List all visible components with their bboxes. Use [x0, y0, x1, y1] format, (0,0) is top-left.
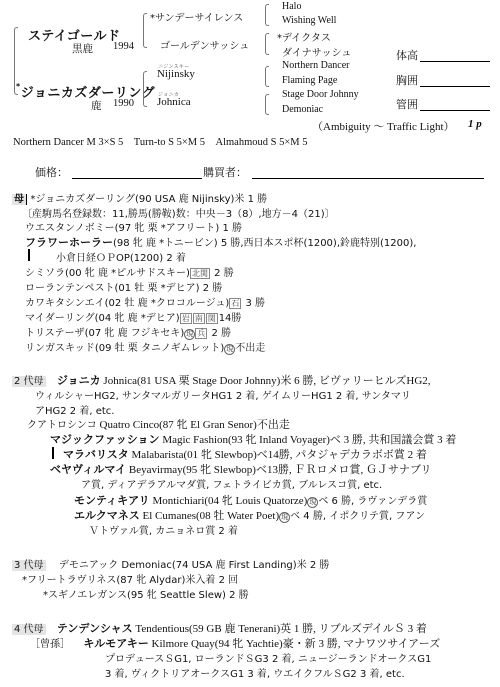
buyer-field[interactable] — [252, 178, 484, 179]
height-label: 体高 — [396, 47, 418, 63]
buyer-label: 購買者： — [203, 164, 247, 180]
great-grandchild-label: ［曾孫］ — [30, 639, 70, 650]
offspring-row: カワキタシンエイ(02 牡 鹿 *クロコルージュ)石 3 勝 — [25, 294, 265, 309]
dam-sire-name: Nijinsky — [157, 68, 195, 80]
offspring-row: フラワーホーラー(98 牝 鹿 *トニービン) 5 勝,西日本スポ杯(1200)… — [25, 234, 416, 250]
gen2-name: ジョニカ — [57, 374, 101, 387]
great-grandchild-line2: プロデュースＳG1, ローランドＳG3 2 着, ニュージーランドオークスG1 — [105, 650, 431, 665]
descendant-row: モンティキアリ Montichiari(04 牝 Louis Quatorze)… — [74, 492, 427, 508]
descendant-row: ベヤヴィルマイ Beyavirmay(95 牝 Slewbop)ベ13勝, ＦＲ… — [50, 461, 432, 477]
dam-produce-record: 〔産駒馬名登録数：11,勝馬(勝鞍)数：中央－3（8）,地方－4（21)〕 — [22, 205, 335, 220]
g3-flaming-page: Flaming Page — [282, 75, 337, 86]
gen2-line1: Johnica(81 USA 栗 Stage Door Johnny)米 6 勝… — [101, 375, 431, 387]
cannon-label: 管囲 — [396, 96, 418, 112]
great-grandchild-row: ［曾孫］ キルモアキー Kilmore Quay(94 牝 Yachtie)豪・… — [30, 635, 440, 651]
g3-halo: Halo — [282, 1, 301, 12]
inbreeding-info: Northern Dancer M 3×S 5 Turn-to S 5×M 5 … — [13, 134, 307, 149]
g3-dyna-sash: ダイナサッシュ — [282, 44, 351, 59]
gen4-name: テンデンシャス — [57, 622, 133, 635]
chest-field[interactable] — [420, 86, 490, 87]
descendant-row: クアトロシンコ Quatro Cinco(87 牝 El Gran Senor)… — [27, 416, 290, 432]
dam-header: 母 *ジョニカズダーリング(90 USA 鹿 Nijinsky)米 1 勝 — [12, 190, 267, 205]
dam-color: 鹿 — [91, 98, 102, 113]
height-field[interactable] — [420, 61, 490, 62]
gen4-header: 4 代母 テンデンシャス Tendentious(59 GB 鹿 Teneran… — [12, 620, 427, 636]
cannon-field[interactable] — [420, 110, 490, 111]
descendant-row: *フリートラヴリネス(87 牝 Alydar)米入着 2 回 — [22, 571, 238, 586]
active-mark: 現 — [224, 344, 235, 355]
price-field[interactable] — [72, 178, 202, 179]
g3-demoniac: Demoniac — [282, 104, 323, 115]
dam-summary: *ジョニカズダーリング(90 USA 鹿 Nijinsky)米 1 勝 — [30, 194, 267, 205]
gen2-line3: アHG2 2 着, etc. — [35, 402, 114, 417]
bracket-g3-1 — [265, 4, 269, 26]
sire-dam-name: ゴールデンサッシュ — [160, 37, 249, 52]
bracket-g3-3 — [265, 66, 269, 87]
sire-sire-name: *サンデーサイレンス — [150, 9, 243, 24]
offspring-row: ローランテンペスト(01 牡 栗 *デヒア) 2 勝 — [25, 279, 222, 294]
dam-dam-name: Johnica — [157, 96, 191, 108]
g3-dictus: *デイクタス — [277, 29, 331, 44]
gen3-line1: デモニアック Demoniac(74 USA 鹿 First Landing)米… — [59, 560, 329, 571]
sire-year: 1994 — [113, 41, 134, 52]
offspring-row: ウエスタンノボミー(97 牝 栗 *アフリート) 1 勝 — [25, 219, 242, 234]
bracket-sire — [143, 13, 147, 48]
g3-northern-dancer: Northern Dancer — [282, 60, 349, 71]
gen3-label: 3 代母 — [12, 560, 46, 571]
descendant-row: エルクマネス El Cumanes(08 牡 Water Poet)現ベ 4 勝… — [74, 507, 425, 523]
gen2-header: 2 代母 ジョニカ Johnica(81 USA 栗 Stage Door Jo… — [12, 372, 431, 388]
dam-name: *ジョニカズダーリング — [16, 82, 155, 101]
price-label: 価格： — [35, 164, 68, 180]
lineage-bar — [28, 249, 30, 261]
bracket-g3-4 — [265, 94, 269, 115]
gen2-label: 2 代母 — [12, 376, 46, 387]
lineage-bar — [52, 447, 54, 459]
descendant-row: マジックファッション Magic Fashion(93 牝 Inland Voy… — [50, 431, 456, 447]
g3-wishing-well: Wishing Well — [282, 15, 336, 26]
gen2-line2: ウィルシャーHG2, サンタマルガリータHG1 2 着, ゲイムリーHG1 2 … — [35, 387, 411, 402]
great-grandchild-line3: 3 着, ヴィクトリアオークスG1 3 着, ウエイクフルＳG2 3 着, et… — [105, 665, 405, 680]
offspring-row: トリステーザ(07 牝 鹿 フジキセキ)現兵 2 勝 — [25, 324, 231, 340]
dam-year: 1990 — [113, 98, 134, 109]
offspring-row: リンガスキッド(09 牡 栗 タニノギムレット)現不出走 — [25, 339, 265, 355]
region-mark: 北関 — [190, 268, 210, 279]
sire-color: 黒鹿 — [72, 41, 93, 56]
offspring-row: マイダーリング(04 牝 鹿 *デヒア)岩南関14勝 — [25, 309, 241, 324]
dam-label: 母 — [12, 194, 27, 205]
descendant-row: マラバリスタ Malabarista(01 牝 Slewbop)ベ14勝, パタ… — [63, 446, 427, 462]
offspring-row: シミソラ(00 牝 鹿 *ピルサドスキー)北関 2 勝 — [25, 264, 234, 279]
gen4-label: 4 代母 — [12, 624, 46, 635]
region-mark: 岩 — [180, 313, 192, 324]
gen4-line1: Tendentious(59 GB 鹿 Tenerani)英 1 勝, リブルズ… — [133, 623, 427, 635]
great-grandchild-name: キルモアキー — [83, 637, 148, 650]
offspring-row-cont: 小倉日経ＯＰOP(1200) 2 着 — [56, 249, 186, 264]
family-line: （Ambiguity ～ Traffic Light） — [312, 118, 455, 134]
bracket-dam — [143, 71, 147, 107]
bracket-g3-2 — [265, 33, 269, 55]
g3-stage-door-johnny: Stage Door Johnny — [282, 89, 359, 100]
chest-label: 胸囲 — [396, 72, 418, 88]
descendant-row-cont: Ｖトヴァル賞, カニョネロ賞 2 着 — [89, 522, 238, 537]
region-mark: 兵 — [195, 328, 207, 339]
gen3-header: 3 代母 デモニアック Demoniac(74 USA 鹿 First Land… — [12, 556, 329, 571]
page-number: 1 p — [468, 118, 482, 130]
region-mark: 南 — [193, 313, 205, 324]
active-mark: 現 — [279, 512, 290, 523]
region-mark: 石 — [229, 298, 241, 309]
descendant-row-cont: ア賞, ディアデラアルマダ賞, フェトライビカ賞, ブルレスコ賞, etc. — [81, 476, 382, 491]
descendant-row: *スギノエレガンス(95 牝 Seattle Slew) 2 勝 — [43, 586, 249, 601]
region-mark: 関 — [206, 313, 218, 324]
